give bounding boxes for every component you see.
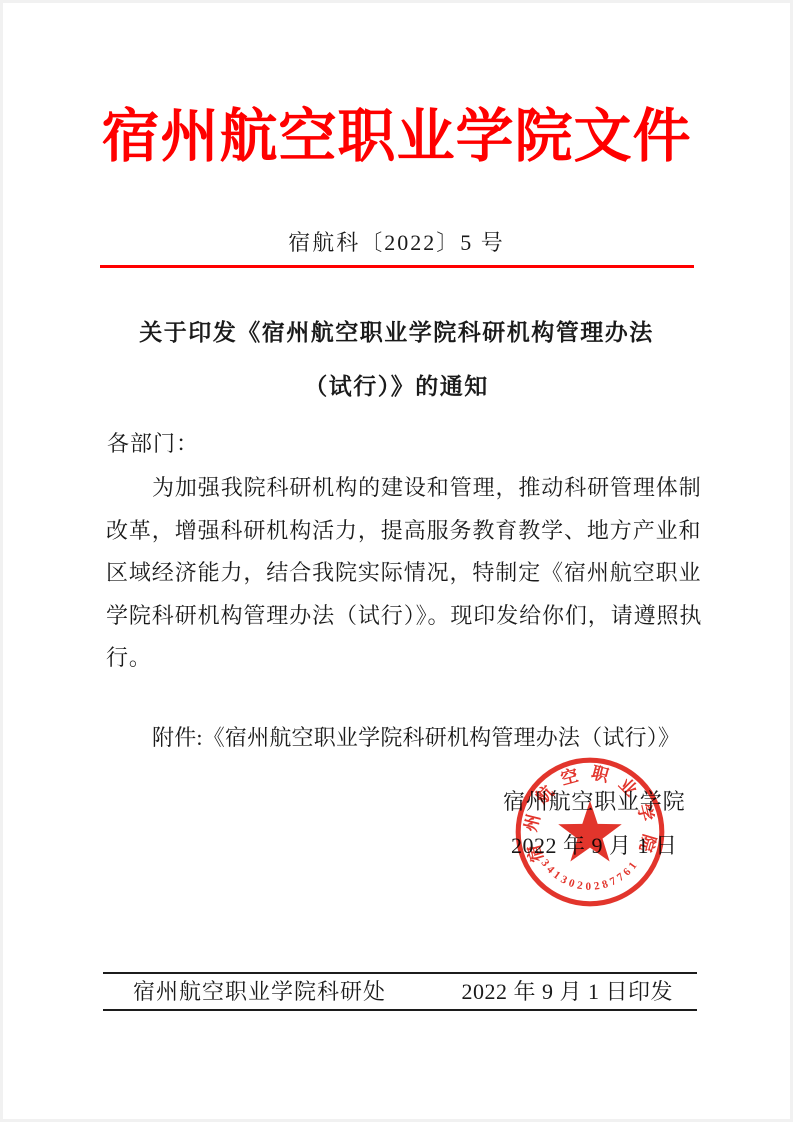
notice-title: 关于印发《宿州航空职业学院科研机构管理办法 （试行）》的通知 <box>0 306 793 414</box>
document-number: 宿航科〔2022〕5 号 <box>0 226 793 257</box>
footer-print-date: 2022 年 9 月 1 日印发 <box>461 976 673 1008</box>
body-line: 改革，增强科研机构活力，提高服务教育教学、地方产业和 <box>106 510 702 553</box>
body-paragraph: 为加强我院科研机构的建设和管理，推动科研管理体制 改革，增强科研机构活力，提高服… <box>106 467 702 680</box>
footer-row: 宿州航空职业学院科研处 2022 年 9 月 1 日印发 <box>103 976 697 1008</box>
red-divider-rule <box>100 265 694 268</box>
notice-title-line2: （试行）》的通知 <box>0 360 793 414</box>
body-line: 行。 <box>106 637 702 680</box>
notice-title-line1: 关于印发《宿州航空职业学院科研机构管理办法 <box>0 306 793 360</box>
body-line: 学院科研机构管理办法（试行）》。现印发给你们，请遵照执 <box>106 595 702 638</box>
footer-issuer: 宿州航空职业学院科研处 <box>133 976 386 1008</box>
seal-serial-number: 3413020287761 <box>538 857 641 892</box>
official-seal: 宿州航空职业学院 3413020287761 <box>501 743 679 921</box>
document-page: 宿州航空职业学院文件 宿航科〔2022〕5 号 关于印发《宿州航空职业学院科研机… <box>0 0 793 1122</box>
body-line: 为加强我院科研机构的建设和管理，推动科研管理体制 <box>106 467 702 510</box>
salutation: 各部门： <box>107 429 199 459</box>
body-line: 区域经济能力，结合我院实际情况，特制定《宿州航空职业 <box>106 552 702 595</box>
footer-rule-bottom <box>103 1009 697 1011</box>
footer-rule-top <box>103 972 697 974</box>
red-header-org-title: 宿州航空职业学院文件 <box>0 102 793 172</box>
star-icon <box>558 801 622 862</box>
